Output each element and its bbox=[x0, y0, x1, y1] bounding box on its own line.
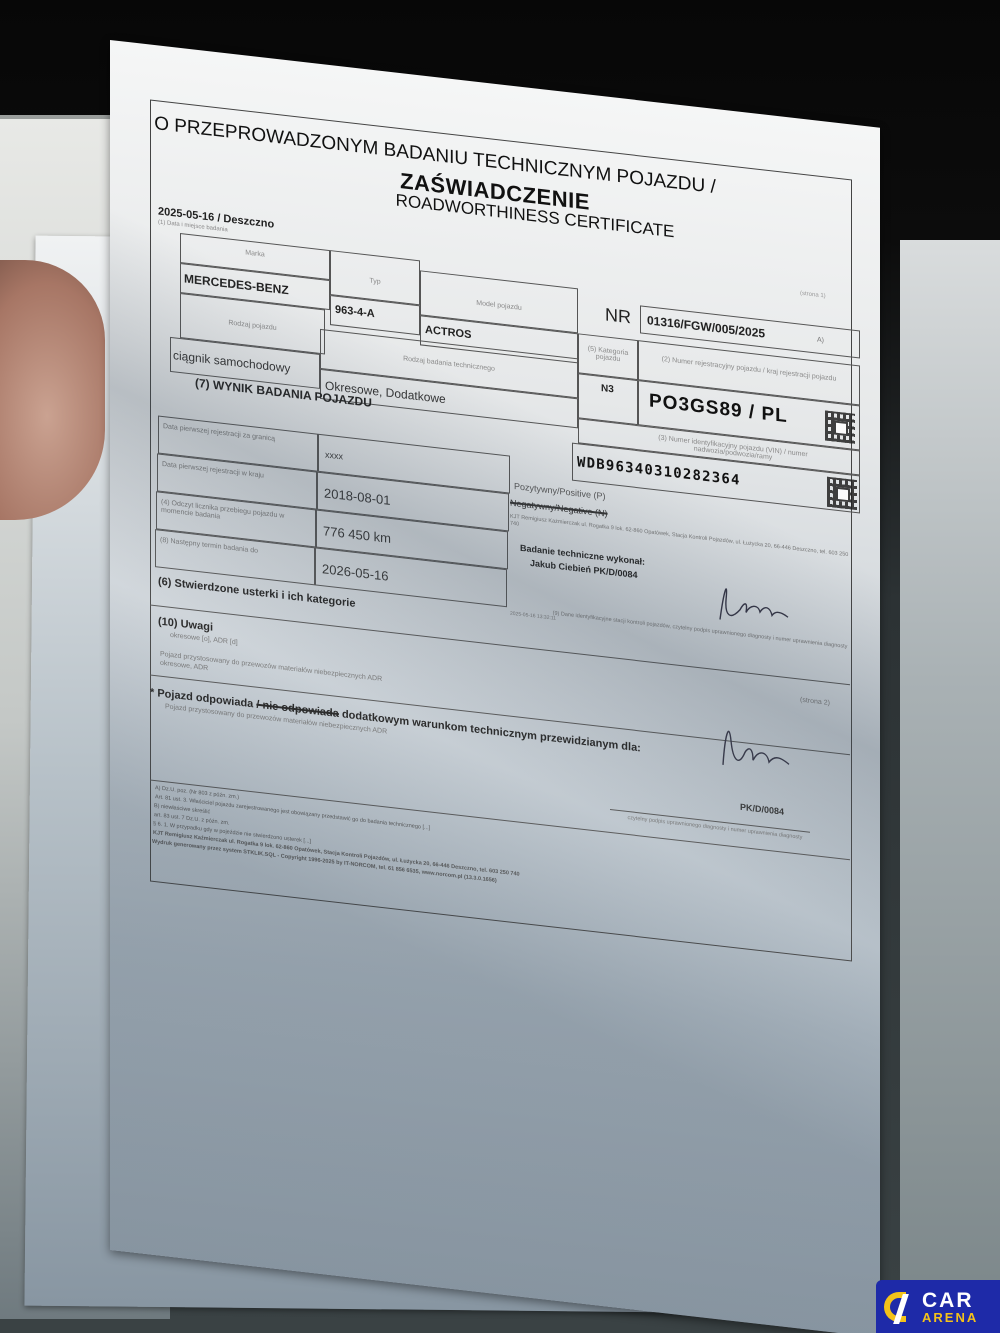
model-label: Model pojazdu bbox=[421, 293, 577, 318]
category-label: (5) Kategoria pojazdu bbox=[579, 344, 637, 365]
category-label-cell: (5) Kategoria pojazdu bbox=[578, 333, 638, 380]
brand-bottom: ARENA bbox=[922, 1311, 978, 1324]
inspector-signature bbox=[710, 568, 800, 638]
type-label: Typ bbox=[331, 273, 419, 290]
kind-value: ciągnik samochodowy bbox=[173, 348, 290, 375]
model-value: ACTROS bbox=[425, 324, 471, 341]
detail-value: 2018-08-01 bbox=[324, 485, 391, 508]
qr-code-icon bbox=[825, 410, 855, 443]
make-value: MERCEDES-BENZ bbox=[184, 271, 289, 297]
certificate-sheet: O PRZEPROWADZONYM BADANIU TECHNICZNYM PO… bbox=[110, 40, 880, 1333]
type-value: 963-4-A bbox=[335, 304, 375, 321]
category-value: N3 bbox=[601, 383, 614, 395]
car-arena-logo-icon bbox=[884, 1290, 914, 1324]
brand-top: CAR bbox=[922, 1290, 978, 1311]
number-label: NR bbox=[605, 304, 631, 328]
number-suffix: A) bbox=[817, 337, 824, 345]
vin-value: WDB96340310282364 bbox=[577, 454, 741, 489]
compliance-signature bbox=[715, 714, 795, 783]
detail-value: 2026-05-16 bbox=[322, 561, 389, 584]
detail-value: 776 450 km bbox=[323, 523, 391, 546]
category-cell: N3 bbox=[578, 373, 638, 425]
detail-value: xxxx bbox=[325, 449, 343, 461]
registration-plate: PO3GS89 / PL bbox=[649, 390, 788, 428]
car-arena-watermark: CAR ARENA bbox=[876, 1280, 1000, 1333]
background-surface bbox=[900, 240, 1000, 1333]
kind-label: Rodzaj pojazdu bbox=[181, 314, 324, 337]
qr-code-icon bbox=[827, 477, 857, 510]
